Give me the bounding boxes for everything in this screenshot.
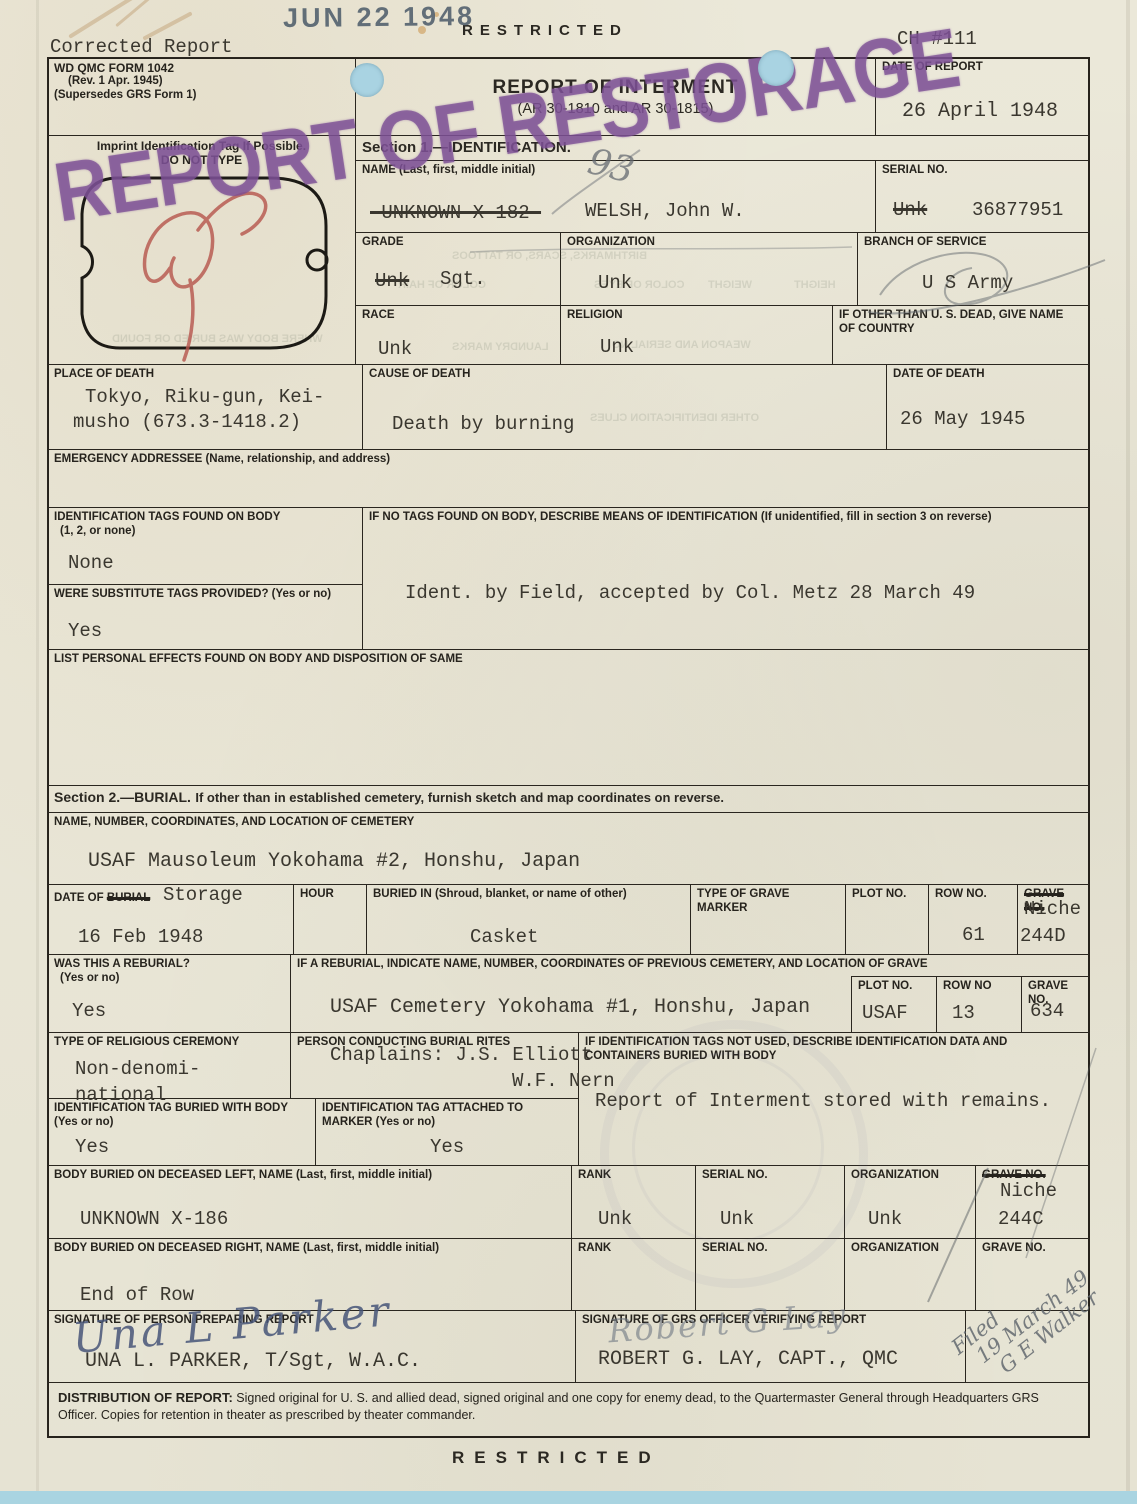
body-right-name-label: BODY BURIED ON DECEASED RIGHT, NAME (Las… — [54, 1242, 565, 1256]
page-edge-right — [1126, 0, 1130, 1504]
grade-label: GRADE — [362, 236, 554, 250]
body-left-name-value: UNKNOWN X-186 — [80, 1208, 228, 1230]
place-of-death-label: PLACE OF DEATH — [54, 368, 356, 382]
tag-buried-with-body-value: Yes — [75, 1136, 109, 1158]
prev-row-no-value: 13 — [952, 1002, 975, 1024]
branch-label: BRANCH OF SERVICE — [864, 236, 1084, 250]
tags-found-label: IDENTIFICATION TAGS FOUND ON BODY — [54, 511, 356, 525]
burial-struck-label: BURIAL — [107, 892, 150, 904]
field-country: IF OTHER THAN U. S. DEAD, GIVE NAME OF C… — [832, 305, 1090, 364]
cause-of-death-label: CAUSE OF DEATH — [369, 368, 880, 382]
body-left-grave-niche: Niche — [1000, 1180, 1057, 1202]
previous-cemetery-label: IF A REBURIAL, INDICATE NAME, NUMBER, CO… — [297, 958, 1084, 972]
religion-value: Unk — [600, 336, 634, 358]
personal-effects-label: LIST PERSONAL EFFECTS FOUND ON BODY AND … — [54, 653, 1084, 667]
buried-in-label: BURIED IN (Shroud, blanket, or name of o… — [373, 888, 684, 902]
bleedthrough-text: LAUNDRY MARKS — [452, 341, 549, 353]
was-reburial-label: WAS THIS A REBURIAL? — [54, 958, 284, 972]
hole-punch — [350, 63, 384, 97]
form-supersedes: (Supersedes GRS Form 1) — [54, 89, 349, 103]
body-left-organization-value: Unk — [868, 1208, 902, 1230]
tag-attached-to-marker-value: Yes — [430, 1136, 464, 1158]
ceremony-value-line2: national — [75, 1084, 166, 1106]
field-date-of-death: DATE OF DEATH — [886, 364, 1090, 449]
field-hour: HOUR — [293, 884, 366, 954]
bleedthrough-text: OTHER IDENTIFICATION CLUES — [590, 412, 759, 424]
grave-no-value: 244D — [1020, 925, 1066, 947]
plot-no-label: PLOT NO. — [852, 888, 922, 902]
country-label: IF OTHER THAN U. S. DEAD, GIVE NAME OF C… — [839, 309, 1079, 337]
no-tags-value: Ident. by Field, accepted by Col. Metz 2… — [405, 582, 975, 604]
was-reburial-value: Yes — [72, 1000, 106, 1022]
name-value: WELSH, John W. — [585, 200, 745, 222]
prev-plot-no-value: USAF — [862, 1002, 908, 1024]
restricted-classification-bottom: RESTRICTED — [452, 1448, 661, 1468]
grade-struck-value: Unk — [375, 270, 409, 292]
storage-typed-value: Storage — [163, 884, 243, 906]
section2-heading: Section 2.—BURIAL. — [54, 789, 191, 805]
bleedthrough-text: HEIGHT — [794, 279, 836, 291]
field-emergency-addressee: EMERGENCY ADDRESSEE (Name, relationship,… — [47, 449, 1090, 507]
religion-label: RELIGION — [567, 309, 826, 323]
organization-label: ORGANIZATION — [567, 236, 851, 250]
prev-grave-no-value: 634 — [1030, 1000, 1064, 1022]
hole-punch — [758, 50, 794, 86]
tags-not-used-value: Report of Interment stored with remains. — [595, 1090, 1051, 1112]
hour-label: HOUR — [300, 888, 360, 902]
organization-label: ORGANIZATION — [851, 1169, 969, 1183]
bleedthrough-text: WEIGHT — [708, 279, 752, 291]
place-of-death-line1: Tokyo, Riku-gun, Kei- — [85, 386, 324, 408]
serial-no-label: SERIAL NO. — [882, 164, 1084, 178]
date-of-death-label: DATE OF DEATH — [893, 368, 1084, 382]
row-no-value: 61 — [962, 924, 985, 946]
scanned-document-page: BIRTHMARKS, SCARS, OR TATTOOS COLOR OF H… — [0, 0, 1137, 1504]
buried-in-value: Casket — [470, 926, 538, 948]
previous-cemetery-value: USAF Cemetery Yokohama #1, Honshu, Japan — [330, 996, 810, 1019]
page-edge-left — [36, 0, 39, 1504]
body-left-grave-value: 244C — [998, 1208, 1044, 1230]
name-struck-value: -UNKNOWN X-182- — [370, 202, 541, 224]
cause-of-death-value: Death by burning — [392, 413, 574, 435]
substitute-tags-value: Yes — [68, 620, 102, 642]
field-plot-no: PLOT NO. — [845, 884, 928, 954]
ceremony-value-line1: Non-denomi- — [75, 1058, 200, 1080]
prev-plot-no-label: PLOT NO. — [858, 980, 930, 994]
grade-value: Sgt. — [440, 268, 486, 290]
field-organization: ORGANIZATION — [560, 232, 857, 305]
tags-found-sublabel: (1, 2, or none) — [54, 525, 356, 539]
form-number: WD QMC FORM 1042 — [54, 61, 349, 75]
section2-heading-note: If other than in established cemetery, f… — [195, 790, 724, 805]
place-of-death-line2: musho (673.3-1418.2) — [73, 411, 301, 433]
prev-row-no-label: ROW NO — [943, 980, 1015, 994]
preparer-signature-typed: UNA L. PARKER, T/Sgt, W.A.C. — [85, 1350, 421, 1373]
body-left-serial-value: Unk — [720, 1208, 754, 1230]
organization-label: ORGANIZATION — [851, 1242, 969, 1256]
substitute-tags-label: WERE SUBSTITUTE TAGS PROVIDED? (Yes or n… — [54, 588, 356, 602]
serial-value: 36877951 — [972, 199, 1063, 221]
emergency-addressee-label: EMERGENCY ADDRESSEE (Name, relationship,… — [54, 453, 1084, 467]
body-right-name-value: End of Row — [80, 1284, 194, 1306]
race-label: RACE — [362, 309, 554, 323]
religious-ceremony-label: TYPE OF RELIGIOUS CEREMONY — [54, 1036, 284, 1050]
date-received-stamp: JUN 22 1948 — [283, 1, 475, 34]
distribution-block: DISTRIBUTION OF REPORT: Signed original … — [47, 1382, 1090, 1438]
tag-buried-with-body-label: IDENTIFICATION TAG BURIED WITH BODY (Yes… — [54, 1102, 309, 1130]
field-body-right-organization: ORGANIZATION — [844, 1238, 975, 1310]
row-no-label: ROW NO. — [935, 888, 1011, 902]
field-grave-marker: TYPE OF GRAVE MARKER — [690, 884, 845, 954]
no-tags-label: IF NO TAGS FOUND ON BODY, DESCRIBE MEANS… — [369, 511, 1084, 525]
date-of-burial-label: DATE OF — [54, 892, 107, 904]
grave-niche-value: Niche — [1024, 898, 1081, 920]
corrected-report-note: Corrected Report — [50, 36, 232, 58]
burial-rites-line1: Chaplains: J.S. Elliott — [330, 1044, 592, 1066]
field-no-tags-identification: IF NO TAGS FOUND ON BODY, DESCRIBE MEANS… — [362, 507, 1090, 649]
date-of-death-value: 26 May 1945 — [900, 408, 1025, 430]
body-left-rank-value: Unk — [598, 1208, 632, 1230]
cemetery-label: NAME, NUMBER, COORDINATES, AND LOCATION … — [54, 816, 1084, 830]
race-value: Unk — [378, 338, 412, 360]
bleedthrough-text: BIRTHMARKS, SCARS, OR TATTOOS — [452, 250, 647, 262]
form-revision: (Rev. 1 Apr. 1945) — [54, 75, 349, 89]
body-left-name-label: BODY BURIED ON DECEASED LEFT, NAME (Last… — [54, 1169, 565, 1183]
scanner-background-strip — [0, 1491, 1137, 1504]
field-serial-no: SERIAL NO. — [875, 160, 1090, 232]
organization-value: Unk — [598, 272, 632, 294]
was-reburial-sublabel: (Yes or no) — [54, 972, 284, 986]
field-cause-of-death: CAUSE OF DEATH — [362, 364, 886, 449]
verifier-signature-typed: ROBERT G. LAY, CAPT., QMC — [598, 1348, 898, 1371]
tag-attached-to-marker-label: IDENTIFICATION TAG ATTACHED TO MARKER (Y… — [322, 1102, 572, 1130]
date-of-burial-value: 16 Feb 1948 — [78, 926, 203, 948]
distribution-label: DISTRIBUTION OF REPORT: — [58, 1390, 233, 1405]
branch-value: U S Army — [922, 272, 1013, 294]
bleedthrough-text: WHERE BODY WAS BURIED OR FOUND — [112, 333, 323, 345]
cemetery-value: USAF Mausoleum Yokohama #2, Honshu, Japa… — [88, 850, 580, 873]
section2-heading-bar: Section 2.—BURIAL. If other than in esta… — [47, 785, 1090, 812]
tags-found-value: None — [68, 552, 114, 574]
burial-rites-line2: W.F. Nern — [512, 1070, 615, 1092]
field-cemetery: NAME, NUMBER, COORDINATES, AND LOCATION … — [47, 812, 1090, 884]
restricted-classification-top: RESTRICTED — [462, 22, 628, 39]
field-prev-row-no: ROW NO — [936, 976, 1021, 1032]
grave-marker-label: TYPE OF GRAVE MARKER — [697, 888, 817, 916]
field-personal-effects: LIST PERSONAL EFFECTS FOUND ON BODY AND … — [47, 649, 1090, 785]
field-branch-of-service: BRANCH OF SERVICE — [857, 232, 1090, 305]
serial-struck-value: Unk — [893, 199, 927, 221]
